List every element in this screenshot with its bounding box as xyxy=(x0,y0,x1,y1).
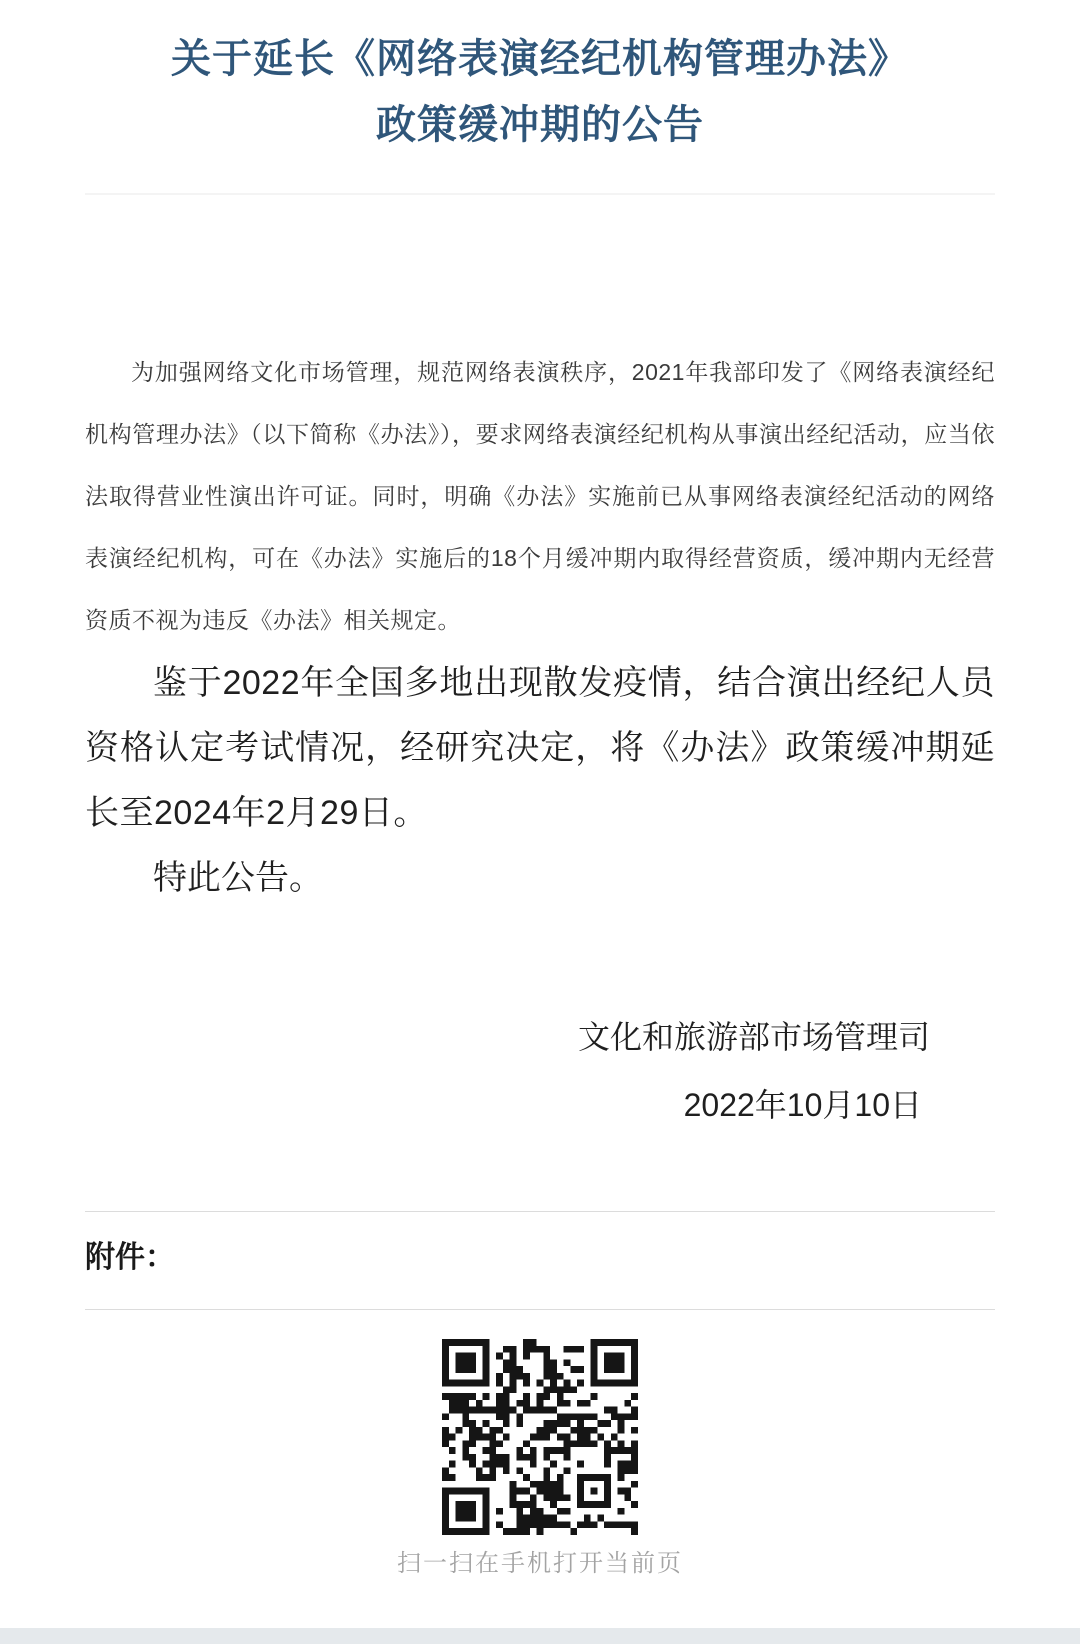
page-title: 关于延长《网络表演经纪机构管理办法》 政策缓冲期的公告 xyxy=(85,26,995,158)
qr-caption: 扫一扫在手机打开当前页 xyxy=(85,1547,995,1581)
page-title-line1: 关于延长《网络表演经纪机构管理办法》 xyxy=(85,26,995,92)
paragraph-decision: 鉴于2022年全国多地出现散发疫情，结合演出经纪人员资格认定考试情况，经研究决定… xyxy=(85,651,995,846)
title-divider xyxy=(85,193,995,195)
attachment-bottom-divider xyxy=(85,1309,995,1310)
footer-band xyxy=(0,1628,1080,1644)
qr-container xyxy=(85,1339,995,1535)
qr-code xyxy=(442,1339,638,1535)
signature-date: 2022年10月10日 xyxy=(85,1071,930,1139)
announcement-document: 关于延长《网络表演经纪机构管理办法》 政策缓冲期的公告 为加强网络文化市场管理，… xyxy=(0,26,1080,1581)
page-title-line2: 政策缓冲期的公告 xyxy=(85,92,995,158)
attachment-top-divider xyxy=(85,1211,995,1212)
paragraph-notice: 特此公告。 xyxy=(85,846,995,911)
attachment-label: 附件： xyxy=(85,1236,995,1280)
signature-block: 文化和旅游部市场管理司 2022年10月10日 xyxy=(85,1003,995,1139)
signature-organization: 文化和旅游部市场管理司 xyxy=(85,1003,930,1071)
paragraph-background: 为加强网络文化市场管理，规范网络表演秩序，2021年我部印发了《网络表演经纪机构… xyxy=(85,341,995,651)
